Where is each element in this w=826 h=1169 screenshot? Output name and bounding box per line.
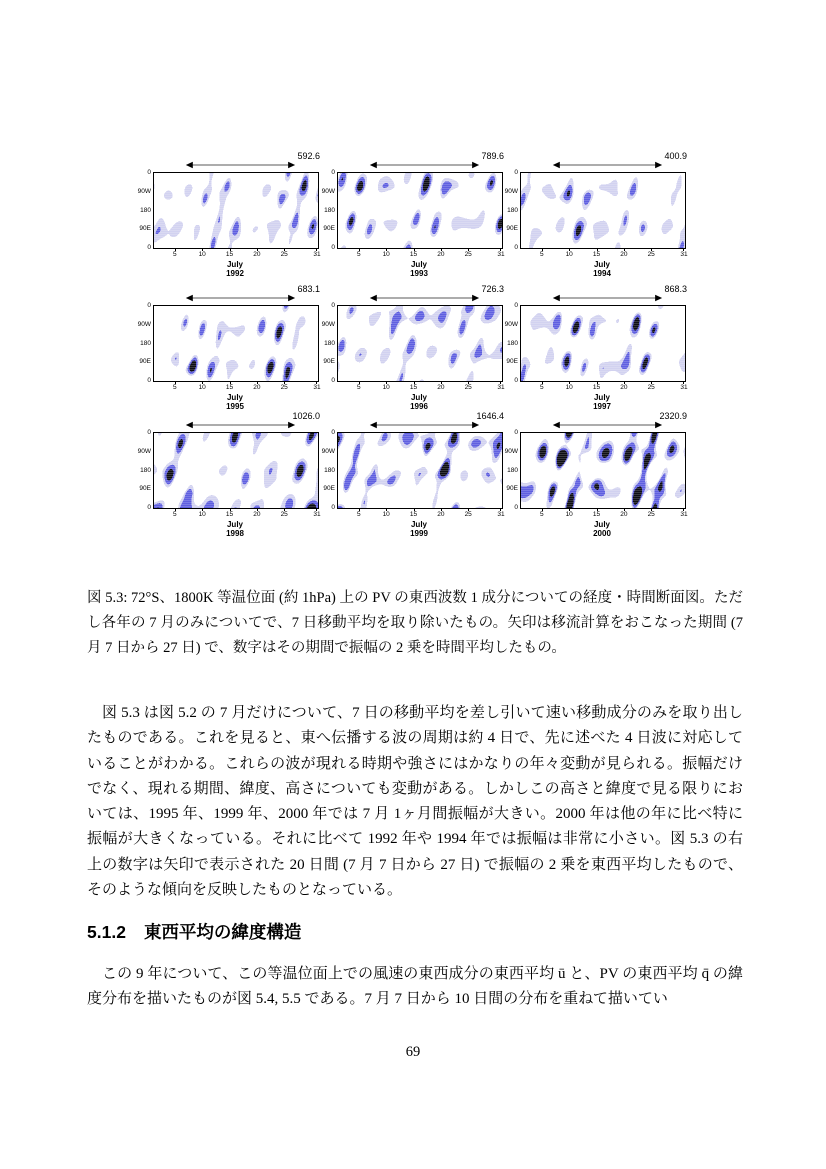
x-tick-label: 10 <box>383 511 390 518</box>
y-tick-label: 0 <box>501 429 518 436</box>
y-tick-label: 90W <box>501 321 518 328</box>
hovmoller-canvas <box>154 433 318 508</box>
y-tick-label: 90E <box>318 225 335 232</box>
plot-area <box>337 432 503 509</box>
x-tick-label: 20 <box>437 511 444 518</box>
section-heading: 5.1.2東西平均の緯度構造 <box>87 919 301 944</box>
x-tick-label: 25 <box>281 511 288 518</box>
amplitude-label: 789.6 <box>481 151 504 161</box>
y-tick-label: 0 <box>318 169 335 176</box>
month-label: July <box>153 393 317 402</box>
y-tick-label: 0 <box>318 302 335 309</box>
y-tick-label: 0 <box>318 244 335 251</box>
y-tick-label: 0 <box>501 302 518 309</box>
advection-period-arrow <box>153 161 317 169</box>
x-tick-label: 15 <box>226 511 233 518</box>
y-tick-label: 90E <box>501 358 518 365</box>
x-tick-label: 31 <box>313 384 320 391</box>
x-tick-label: 31 <box>680 251 687 258</box>
x-tick-label: 5 <box>173 251 177 258</box>
y-tick-label: 0 <box>134 244 151 251</box>
y-tick-label: 180 <box>501 207 518 214</box>
plot-area <box>153 432 319 509</box>
y-tick-label: 90E <box>318 485 335 492</box>
x-tick-label: 25 <box>465 384 472 391</box>
amplitude-label: 400.9 <box>664 151 687 161</box>
y-tick-label: 90E <box>134 225 151 232</box>
x-tick-label: 20 <box>437 384 444 391</box>
hovmoller-panel-1996: 726.3090W18090E051015202531July1996 <box>337 283 501 414</box>
y-tick-label: 0 <box>318 504 335 511</box>
x-tick-label: 20 <box>620 511 627 518</box>
advection-period-arrow <box>520 421 684 429</box>
hovmoller-canvas <box>521 306 685 381</box>
x-tick-label: 10 <box>199 511 206 518</box>
y-tick-label: 0 <box>134 377 151 384</box>
year-label: 1994 <box>520 269 684 278</box>
y-tick-label: 90W <box>134 448 151 455</box>
plot-area <box>520 305 686 382</box>
body-paragraph-1: 図 5.3 は図 5.2 の 7 月だけについて、7 日の移動平均を差し引いて速… <box>87 701 743 903</box>
y-tick-label: 0 <box>134 302 151 309</box>
y-tick-label: 180 <box>318 207 335 214</box>
x-tick-label: 5 <box>173 384 177 391</box>
hovmoller-panel-1993: 789.6090W18090E051015202531July1993 <box>337 150 501 281</box>
y-tick-label: 90E <box>134 358 151 365</box>
x-tick-label: 31 <box>497 511 504 518</box>
year-label: 1999 <box>337 529 501 538</box>
x-tick-label: 25 <box>648 251 655 258</box>
y-tick-label: 0 <box>501 377 518 384</box>
x-tick-label: 10 <box>383 384 390 391</box>
y-tick-label: 0 <box>134 169 151 176</box>
hovmoller-canvas <box>154 173 318 248</box>
y-tick-label: 0 <box>501 169 518 176</box>
plot-area <box>520 432 686 509</box>
x-tick-label: 10 <box>383 251 390 258</box>
x-tick-label: 15 <box>226 251 233 258</box>
figure-5-3: 592.6090W18090E051015202531July1992789.6… <box>153 150 684 540</box>
hovmoller-panel-1997: 868.3090W18090E051015202531July1997 <box>520 283 684 414</box>
x-tick-label: 31 <box>497 384 504 391</box>
x-tick-label: 10 <box>199 251 206 258</box>
y-tick-label: 90W <box>134 188 151 195</box>
x-tick-label: 20 <box>437 251 444 258</box>
y-tick-label: 180 <box>501 467 518 474</box>
x-tick-label: 5 <box>357 251 361 258</box>
hovmoller-canvas <box>338 306 502 381</box>
y-tick-label: 0 <box>134 504 151 511</box>
y-tick-label: 90W <box>318 188 335 195</box>
y-tick-label: 90W <box>318 321 335 328</box>
amplitude-label: 683.1 <box>297 284 320 294</box>
figure-caption: 図 5.3: 72°S、1800K 等温位面 (約 1hPa) 上の PV の東… <box>87 586 743 661</box>
y-tick-label: 0 <box>318 377 335 384</box>
x-tick-label: 15 <box>410 511 417 518</box>
amplitude-label: 1646.4 <box>476 411 504 421</box>
hovmoller-canvas <box>154 306 318 381</box>
x-tick-label: 25 <box>648 511 655 518</box>
x-tick-label: 31 <box>680 511 687 518</box>
hovmoller-canvas <box>521 173 685 248</box>
x-tick-label: 5 <box>540 251 544 258</box>
y-tick-label: 90W <box>501 188 518 195</box>
x-tick-label: 5 <box>540 384 544 391</box>
hovmoller-canvas <box>521 433 685 508</box>
x-tick-label: 31 <box>313 251 320 258</box>
x-tick-label: 20 <box>620 251 627 258</box>
advection-period-arrow <box>520 161 684 169</box>
hovmoller-panel-1992: 592.6090W18090E051015202531July1992 <box>153 150 317 281</box>
amplitude-label: 868.3 <box>664 284 687 294</box>
month-label: July <box>520 520 684 529</box>
x-tick-label: 25 <box>281 251 288 258</box>
x-tick-label: 15 <box>410 384 417 391</box>
advection-period-arrow <box>153 294 317 302</box>
body-paragraph-2: この 9 年について、この等温位面上での風速の東西成分の東西平均 ū と、PV … <box>87 962 743 1013</box>
amplitude-label: 726.3 <box>481 284 504 294</box>
hovmoller-canvas <box>338 173 502 248</box>
year-label: 2000 <box>520 529 684 538</box>
y-tick-label: 180 <box>318 340 335 347</box>
x-tick-label: 20 <box>253 251 260 258</box>
hovmoller-panel-2000: 2320.9090W18090E051015202531July2000 <box>520 410 684 541</box>
plot-area <box>337 305 503 382</box>
year-label: 1992 <box>153 269 317 278</box>
x-tick-label: 25 <box>465 511 472 518</box>
plot-area <box>153 172 319 249</box>
month-label: July <box>337 520 501 529</box>
year-label: 1993 <box>337 269 501 278</box>
y-tick-label: 180 <box>134 467 151 474</box>
paper-page: 592.6090W18090E051015202531July1992789.6… <box>0 0 826 1169</box>
y-tick-label: 90W <box>318 448 335 455</box>
x-tick-label: 15 <box>593 384 600 391</box>
year-label: 1998 <box>153 529 317 538</box>
y-tick-label: 90E <box>501 225 518 232</box>
x-tick-label: 10 <box>566 384 573 391</box>
y-tick-label: 180 <box>134 340 151 347</box>
y-tick-label: 180 <box>134 207 151 214</box>
y-tick-label: 0 <box>134 429 151 436</box>
y-tick-label: 0 <box>501 504 518 511</box>
hovmoller-canvas <box>338 433 502 508</box>
x-tick-label: 20 <box>253 384 260 391</box>
advection-period-arrow <box>337 294 501 302</box>
plot-area <box>153 305 319 382</box>
section-number: 5.1.2 <box>87 922 126 942</box>
x-tick-label: 15 <box>593 511 600 518</box>
plot-area <box>520 172 686 249</box>
month-label: July <box>337 260 501 269</box>
amplitude-label: 2320.9 <box>659 411 687 421</box>
hovmoller-panel-1998: 1026.0090W18090E051015202531July1998 <box>153 410 317 541</box>
x-tick-label: 15 <box>593 251 600 258</box>
y-tick-label: 90E <box>318 358 335 365</box>
advection-period-arrow <box>520 294 684 302</box>
y-tick-label: 0 <box>501 244 518 251</box>
advection-period-arrow <box>337 421 501 429</box>
section-title: 東西平均の緯度構造 <box>144 922 302 942</box>
amplitude-label: 1026.0 <box>292 411 320 421</box>
advection-period-arrow <box>153 421 317 429</box>
month-label: July <box>520 393 684 402</box>
y-tick-label: 0 <box>318 429 335 436</box>
x-tick-label: 31 <box>680 384 687 391</box>
x-tick-label: 25 <box>648 384 655 391</box>
x-tick-label: 5 <box>173 511 177 518</box>
x-tick-label: 5 <box>357 511 361 518</box>
x-tick-label: 15 <box>410 251 417 258</box>
x-tick-label: 31 <box>313 511 320 518</box>
x-tick-label: 5 <box>540 511 544 518</box>
x-tick-label: 25 <box>281 384 288 391</box>
plot-area <box>337 172 503 249</box>
hovmoller-panel-1995: 683.1090W18090E051015202531July1995 <box>153 283 317 414</box>
amplitude-label: 592.6 <box>297 151 320 161</box>
x-tick-label: 25 <box>465 251 472 258</box>
x-tick-label: 20 <box>620 384 627 391</box>
x-tick-label: 5 <box>357 384 361 391</box>
y-tick-label: 90W <box>134 321 151 328</box>
hovmoller-panel-1994: 400.9090W18090E051015202531July1994 <box>520 150 684 281</box>
y-tick-label: 180 <box>501 340 518 347</box>
y-tick-label: 180 <box>318 467 335 474</box>
x-tick-label: 10 <box>566 511 573 518</box>
month-label: July <box>520 260 684 269</box>
page-number: 69 <box>0 1044 826 1061</box>
hovmoller-panel-1999: 1646.4090W18090E051015202531July1999 <box>337 410 501 541</box>
y-tick-label: 90W <box>501 448 518 455</box>
month-label: July <box>153 520 317 529</box>
x-tick-label: 10 <box>566 251 573 258</box>
x-tick-label: 15 <box>226 384 233 391</box>
x-tick-label: 31 <box>497 251 504 258</box>
x-tick-label: 10 <box>199 384 206 391</box>
y-tick-label: 90E <box>134 485 151 492</box>
advection-period-arrow <box>337 161 501 169</box>
x-tick-label: 20 <box>253 511 260 518</box>
y-tick-label: 90E <box>501 485 518 492</box>
month-label: July <box>337 393 501 402</box>
month-label: July <box>153 260 317 269</box>
